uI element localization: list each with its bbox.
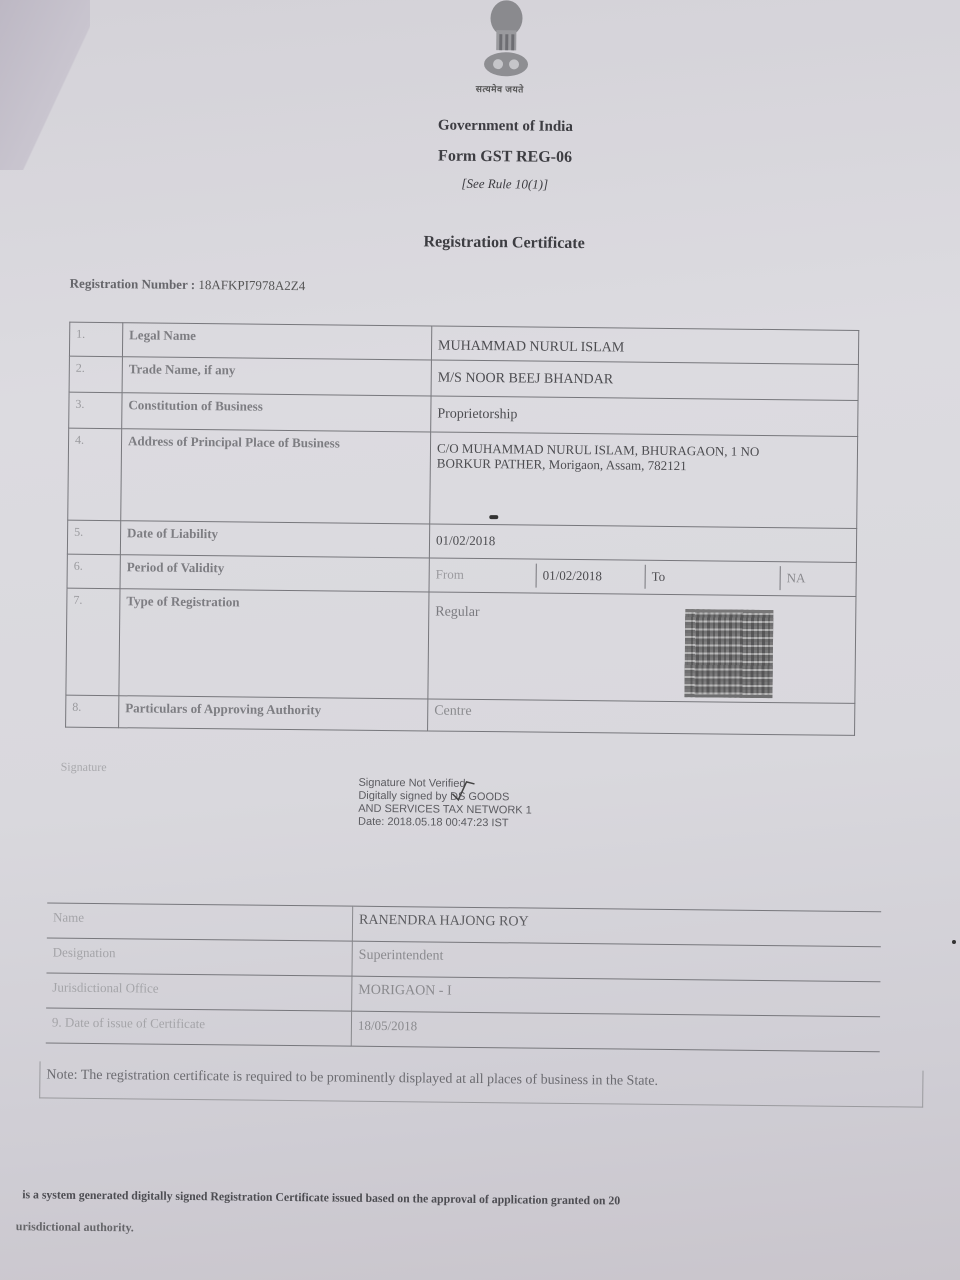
jurisdictional-office: MORIGAON - I: [352, 976, 881, 1017]
details-table: 1. Legal Name MUHAMMAD NURUL ISLAM 2. Tr…: [65, 322, 859, 736]
date-of-issue: 18/05/2018: [351, 1011, 880, 1052]
authority-table: Name RANENDRA HAJONG ROY Designation Sup…: [46, 902, 881, 1052]
registration-number-label: Registration Number :: [70, 276, 196, 292]
row-label: Address of Principal Place of Business: [121, 429, 431, 524]
ashoka-emblem-icon: [474, 0, 539, 81]
authority-designation: Superintendent: [352, 941, 881, 982]
date-of-liability: 01/02/2018: [429, 524, 856, 562]
row-number: 3.: [69, 392, 122, 429]
row-number: 2.: [69, 356, 122, 393]
approving-authority: Centre: [428, 699, 855, 735]
form-heading: Form GST REG-06: [25, 143, 960, 171]
registration-number: Registration Number : 18AFKPI7978A2Z4: [70, 276, 306, 294]
rule-reference: [See Rule 10(1)]: [25, 171, 960, 197]
registration-type-value: Regular: [435, 605, 849, 625]
emblem-motto: सत्यमेव जयते: [476, 82, 524, 96]
signature-date: Date: 2018.05.18 00:47:23 IST: [358, 816, 532, 831]
footer-line-2: urisdictional authority.: [16, 1219, 134, 1235]
authority-label: Designation: [46, 938, 352, 976]
certificate-page: सत्यमेव जयते Government of India Form GS…: [0, 0, 960, 1280]
qr-code-icon: [684, 609, 773, 698]
period-of-validity: From 01/02/2018 To NA: [429, 558, 856, 596]
row-number: 6.: [67, 554, 120, 589]
type-of-registration: Regular: [428, 592, 856, 703]
signature-label: Signature: [61, 760, 107, 775]
validity-to-label: To: [646, 565, 781, 590]
margin-dot: [952, 940, 956, 944]
legal-name: MUHAMMAD NURUL ISLAM: [431, 326, 858, 364]
page-title: Registration Certificate: [24, 229, 960, 257]
validity-from-label: From: [430, 562, 537, 587]
authority-label: Name: [47, 903, 353, 941]
principal-place-address: C/O MUHAMMAD NURUL ISLAM, BHURAGAON, 1 N…: [430, 432, 858, 528]
constitution-of-business: Proprietorship: [431, 396, 858, 436]
row-number: 1.: [69, 322, 122, 357]
signature-check-icon: [448, 776, 478, 806]
table-row: 4. Address of Principal Place of Busines…: [68, 428, 858, 528]
digital-signature-block: Signature Not Verified Digitally signed …: [358, 777, 532, 831]
authority-label: 9. Date of issue of Certificate: [46, 1008, 352, 1046]
table-row: 8. Particulars of Approving Authority Ce…: [66, 695, 855, 735]
authority-label: Jurisdictional Office: [46, 973, 352, 1011]
address-line-2: BORKUR PATHER, Morigaon, Assam, 782121: [437, 456, 851, 475]
footer-line-1: is a system generated digitally signed R…: [22, 1187, 620, 1208]
government-heading: Government of India: [25, 113, 960, 140]
ink-smudge: [489, 515, 498, 519]
validity-to-value: NA: [781, 566, 812, 590]
table-row: 9. Date of issue of Certificate 18/05/20…: [46, 1008, 880, 1052]
row-label: Particulars of Approving Authority: [119, 696, 428, 731]
row-label: Trade Name, if any: [122, 357, 431, 396]
display-note: Note: The registration certificate is re…: [39, 1061, 923, 1107]
validity-from-date: 01/02/2018: [537, 564, 646, 589]
row-label: Legal Name: [122, 323, 431, 360]
row-number: 5.: [67, 520, 120, 555]
row-label: Constitution of Business: [122, 393, 431, 432]
registration-number-value: 18AFKPI7978A2Z4: [198, 277, 305, 293]
authority-name: RANENDRA HAJONG ROY: [352, 906, 881, 947]
row-number: 4.: [68, 428, 122, 521]
row-label: Type of Registration: [119, 589, 429, 699]
table-row: 7. Type of Registration Regular: [66, 588, 856, 703]
row-number: 7.: [66, 588, 120, 696]
trade-name: M/S NOOR BEEJ BHANDAR: [431, 360, 858, 400]
row-label: Date of Liability: [120, 521, 429, 558]
row-number: 8.: [66, 695, 119, 728]
row-label: Period of Validity: [120, 555, 429, 592]
